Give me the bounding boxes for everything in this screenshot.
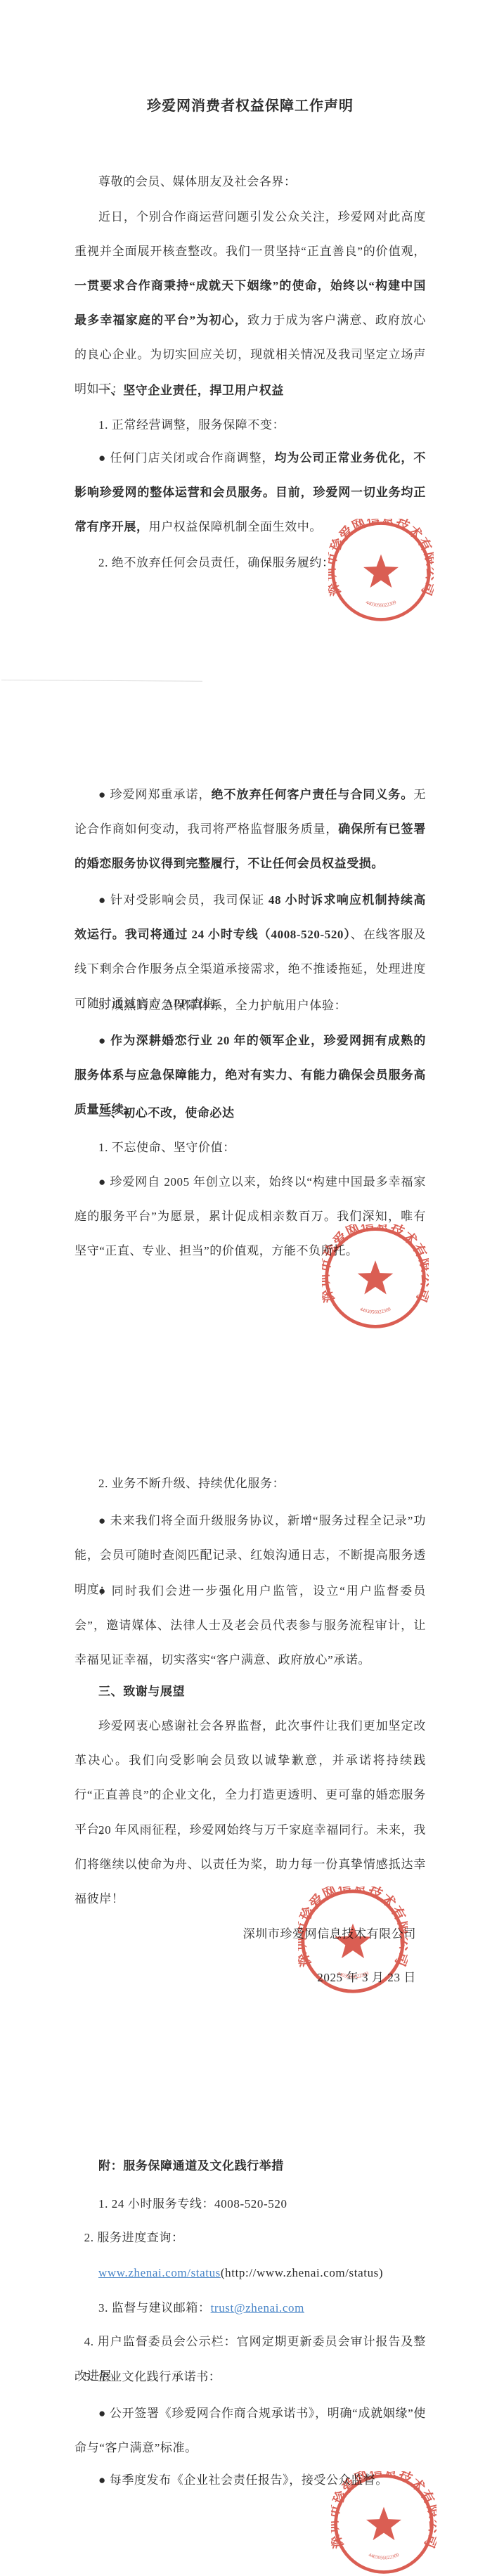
text-run: 珍爱网消费者权益保障工作声明 — [147, 98, 354, 114]
text-run: 三、致谢与展望 — [98, 1685, 185, 1698]
text-run: 尊敬的会员、媒体朋友及社会各界： — [98, 175, 297, 188]
bullet-item: ● 同时我们会进一步强化用户监管，设立“用户监督委员会”，邀请媒体、法律人士及老… — [75, 1574, 426, 1677]
text-run: 20 年风雨征程，珍爱网始终与万千家庭幸福同行。未来，我们将继续以使命为舟、以责… — [75, 1823, 426, 1905]
text-run: ● 珍爱网郑重承诺， — [98, 788, 211, 801]
text-run: ● 同时我们会进一步强化用户监管，设立“用户监督委员会”，邀请媒体、法律人士及老… — [75, 1584, 426, 1666]
text-run: 用户权益保障机制全面生效中。 — [149, 520, 322, 533]
text-run: 附：服务保障通道及文化践行举措 — [98, 2159, 284, 2173]
list-item: 1. 不忘使命、坚守价值： — [75, 1130, 426, 1165]
list-item: 1. 正常经营调整，服务保障不变： — [75, 408, 426, 442]
document-page: 珍爱网消费者权益保障工作声明尊敬的会员、媒体朋友及社会各界：近日，个别合作商运营… — [0, 0, 485, 2576]
svg-text:4403056022309: 4403056022309 — [365, 600, 397, 609]
text-run: ● 珍爱网自 2005 年创立以来，始终以“构建中国最多幸福家庭的服务平台”为愿… — [75, 1175, 426, 1257]
text-run: 3. 成熟的应急保障体系，全力护航用户体验： — [98, 999, 347, 1012]
text-run: 1. 正常经营调整，服务保障不变： — [98, 418, 285, 432]
text-run: ● 每季度发布《企业社会责任报告》，接受公众监督。 — [98, 2473, 388, 2487]
text-run: 绝不放弃任何客户责任与合同义务。 — [211, 788, 413, 801]
text-run: 2025 年 3 月 23 日 — [317, 1971, 416, 1984]
bullet-item: ● 珍爱网自 2005 年创立以来，始终以“构建中国最多幸福家庭的服务平台”为愿… — [75, 1165, 426, 1268]
signature-date: 2025 年 3 月 23 日 — [75, 1960, 426, 1995]
text-run: (http://www.zhenai.com/status) — [221, 2266, 383, 2279]
text-run: 2. 业务不断升级、持续优化服务： — [98, 1477, 285, 1490]
text-run: 1. 不忘使命、坚守价值： — [98, 1141, 235, 1154]
svg-text:4403056022309: 4403056022309 — [368, 2552, 400, 2561]
appendix-item: 2. 服务进度查询： — [75, 2220, 426, 2255]
text-run: ● 公开签署《珍爱网合作商合规承诺书》，明确“成就姻缘”使命与“客户满意”标准。 — [75, 2407, 426, 2454]
list-item: 2. 业务不断升级、持续优化服务： — [75, 1466, 426, 1501]
seal-star-icon — [366, 2507, 401, 2541]
bullet-item: ● 珍爱网郑重承诺，绝不放弃任何客户责任与合同义务。无论合作商如何变动，我司将严… — [75, 777, 426, 881]
bullet-item: ● 每季度发布《企业社会责任报告》，接受公众监督。 — [75, 2463, 426, 2497]
text-run: 近日，个别合作商运营问题引发公众关注，珍爱网对此高度重视并全面展开核查整改。我们… — [75, 210, 426, 258]
scan-artifact-line — [1, 680, 202, 682]
appendix-item: 3. 监督与建议邮箱：trust@zhenai.com — [75, 2291, 426, 2325]
text-run: 二、初心不改，使命必达 — [98, 1106, 235, 1120]
document-title: 珍爱网消费者权益保障工作声明 — [75, 89, 426, 124]
text-run: 2. 绝不放弃任何会员责任，确保服务履约： — [98, 556, 335, 569]
text-run: 5. 企业文化践行承诺书： — [84, 2370, 221, 2383]
text-run: ● 任何门店关闭或合作商调整， — [98, 451, 274, 465]
appendix-heading: 附：服务保障通道及文化践行举措 — [75, 2149, 426, 2183]
hyperlink[interactable]: www.zhenai.com/status — [98, 2266, 221, 2279]
bullet-item: ● 公开签署《珍爱网合作商合规承诺书》，明确“成就姻缘”使命与“客户满意”标准。 — [75, 2396, 426, 2465]
section-heading: 二、初心不改，使命必达 — [75, 1096, 426, 1130]
signature-company: 深圳市珍爱网信息技术有限公司 — [75, 1917, 426, 1951]
text-run: 3. 监督与建议邮箱： — [98, 2301, 211, 2315]
list-item: 2. 绝不放弃任何会员责任，确保服务履约： — [75, 545, 426, 580]
svg-text:4403056022309: 4403056022309 — [359, 1306, 392, 1315]
section-heading: 一、坚守企业责任，捍卫用户权益 — [75, 373, 426, 408]
text-run: 一、坚守企业责任，捍卫用户权益 — [98, 384, 284, 397]
link-line: www.zhenai.com/status(http://www.zhenai.… — [75, 2255, 426, 2290]
hyperlink[interactable]: trust@zhenai.com — [211, 2301, 304, 2315]
bullet-item: ● 任何门店关闭或合作商调整，均为公司正常业务优化，不影响珍爱网的整体运营和会员… — [75, 441, 426, 544]
section-heading: 三、致谢与展望 — [75, 1674, 426, 1709]
salutation: 尊敬的会员、媒体朋友及社会各界： — [75, 164, 426, 199]
appendix-item: 1. 24 小时服务专线：4008-520-520 — [75, 2187, 426, 2221]
text-run: 2. 服务进度查询： — [84, 2231, 184, 2244]
text-run: 深圳市珍爱网信息技术有限公司 — [243, 1927, 416, 1941]
text-run: 1. 24 小时服务专线：4008-520-520 — [98, 2197, 287, 2211]
text-run: ● 针对受影响会员，我司保证 — [98, 893, 269, 907]
list-item: 3. 成熟的应急保障体系，全力护航用户体验： — [75, 988, 426, 1023]
paragraph: 20 年风雨征程，珍爱网始终与万千家庭幸福同行。未来，我们将继续以使命为舟、以责… — [75, 1813, 426, 1916]
appendix-item: 5. 企业文化践行承诺书： — [75, 2360, 426, 2394]
